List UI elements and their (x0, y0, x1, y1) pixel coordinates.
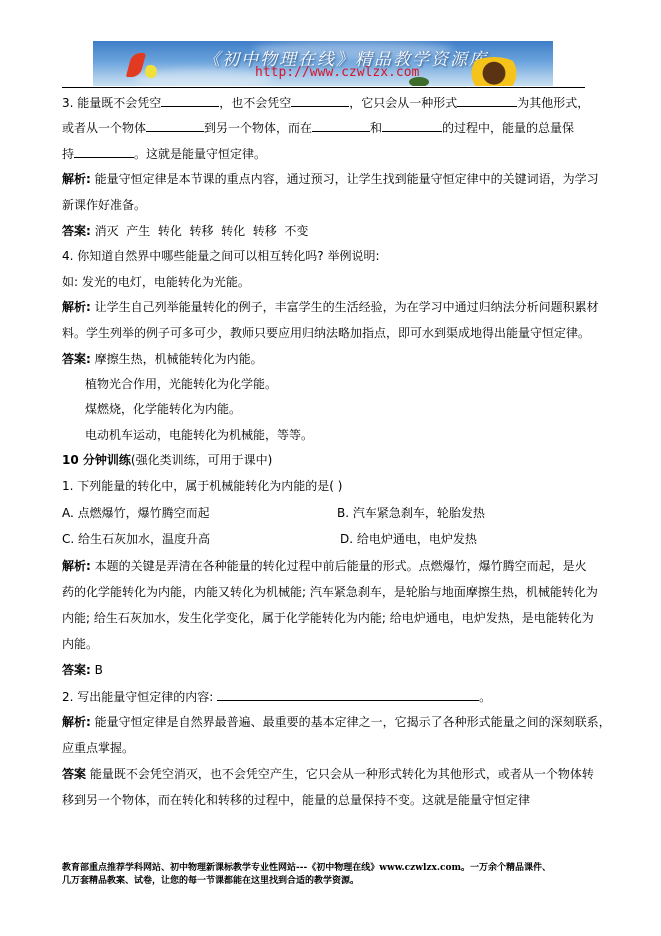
text: ，它只会从一种形式 (349, 96, 457, 110)
fill-blank[interactable] (312, 119, 370, 132)
text: 3. 能量既不会凭空 (62, 96, 161, 110)
q3-line1: 3. 能量既不会凭空，也不会凭空，它只会从一种形式为其他形式， (62, 94, 589, 111)
section-heading: 10 分钟训练(强化类训练，可用于课中) (62, 452, 272, 468)
mc1-analysis-cont: 内能; 给生石灰加水，发生化学变化，属于化学能转化为内能; 给电炉通电，电炉发热… (62, 610, 594, 626)
text: 能量既不会凭空消灭，也不会凭空产生，它只会从一种形式转化为其他形式，或者从一个物… (86, 767, 594, 781)
q3-line3: 持。这就是能量守恒定律。 (62, 145, 266, 162)
mc1-analysis: 解析: 本题的关键是弄清在各种能量的转化过程中前后能量的形式。点燃爆竹，爆竹腾空… (62, 558, 587, 574)
option-a[interactable]: A. 点燃爆竹，爆竹腾空而起 (62, 505, 210, 521)
text: ，也不会凭空 (219, 96, 291, 110)
text: 让学生自己列举能量转化的例子，丰富学生的生活经验，为在学习中通过归纳法分析问题积… (91, 300, 599, 314)
fill-blank[interactable] (217, 688, 479, 701)
q3-line2: 或者从一个物体到另一个物体，而在和的过程中，能量的总量保 (62, 119, 574, 136)
text: 到另一个物体，而在 (204, 121, 312, 135)
header-banner: 《初中物理在线》精品教学资源库 http://www.czwlzx.com (93, 41, 553, 86)
analysis-label: 解析: (62, 559, 91, 573)
q4-example: 如: 发光的电灯，电能转化为光能。 (62, 274, 250, 290)
q4-answer-item: 煤燃烧，化学能转化为内能。 (62, 401, 241, 417)
q2-question: 2. 写出能量守恒定律的内容: 。 (62, 688, 491, 705)
q2-analysis: 解析: 能量守恒定律是自然界最普遍、最重要的基本定律之一，它揭示了各种形式能量之… (62, 714, 611, 730)
text: 能量守恒定律是本节课的重点内容，通过预习，让学生找到能量守恒定律中的关键词语，为… (91, 172, 599, 186)
fill-blank[interactable] (457, 94, 517, 107)
text: 或者从一个物体 (62, 121, 146, 135)
text: 为其他形式， (517, 96, 589, 110)
q4-answer: 答案: 摩擦生热，机械能转化为内能。 (62, 351, 263, 367)
header-divider (62, 87, 585, 88)
mc1-analysis-cont: 内能。 (62, 636, 98, 652)
q3-analysis: 解析: 能量守恒定律是本节课的重点内容，通过预习，让学生找到能量守恒定律中的关键… (62, 171, 599, 187)
text: 2. 写出能量守恒定律的内容: (62, 690, 217, 704)
q4-answer-item: 植物光合作用，光能转化为化学能。 (62, 376, 277, 392)
footer-line: 几万套精品教案、试卷，让您的每一节课都能在这里找到合适的教学资源。 (62, 875, 551, 888)
text: 持 (62, 147, 74, 161)
q2-analysis-cont: 应重点掌握。 (62, 740, 134, 756)
answer-label: 答案: (62, 663, 91, 677)
banner-url: http://www.czwlzx.com (255, 65, 419, 80)
fill-blank[interactable] (291, 94, 349, 107)
q4-answer-item: 电动机车运动，电能转化为机械能，等等。 (62, 427, 313, 443)
text: 。这就是能量守恒定律。 (134, 147, 266, 161)
fill-blank[interactable] (74, 145, 134, 158)
fill-blank[interactable] (161, 94, 219, 107)
section-subtitle: (强化类训练，可用于课中) (131, 453, 272, 467)
text: 消灭 产生 转化 转移 转化 转移 不变 (91, 224, 309, 238)
q4-analysis-cont: 料。学生列举的例子可多可少，教师只要应用归纳法略加指点，即可水到渠成地得出能量守… (62, 325, 590, 341)
q2-answer: 答案 能量既不会凭空消灭，也不会凭空产生，它只会从一种形式转化为其他形式，或者从… (62, 766, 594, 782)
section-title: 10 分钟训练 (62, 453, 131, 467)
footer-line: 教育部重点推荐学科网站、初中物理新课标教学专业性网站---《初中物理在线》www… (62, 862, 551, 875)
text: 摩擦生热，机械能转化为内能。 (91, 352, 263, 366)
q3-answer: 答案: 消灭 产生 转化 转移 转化 转移 不变 (62, 223, 308, 239)
sunflower-icon (463, 57, 525, 86)
text: B (91, 663, 103, 677)
q4-analysis: 解析: 让学生自己列举能量转化的例子，丰富学生的生活经验，为在学习中通过归纳法分… (62, 299, 599, 315)
text: 。 (479, 690, 491, 704)
option-b[interactable]: B. 汽车紧急刹车，轮胎发热 (337, 505, 485, 521)
answer-label: 答案: (62, 224, 91, 238)
leaf-decoration-icon (409, 77, 429, 86)
answer-label: 答案 (62, 767, 86, 781)
mc1-question: 1. 下列能量的转化中，属于机械能转化为内能的是( ) (62, 478, 342, 494)
text: 本题的关键是弄清在各种能量的转化过程中前后能量的形式。点燃爆竹，爆竹腾空而起，是… (91, 559, 587, 573)
mc1-answer: 答案: B (62, 662, 103, 678)
option-d[interactable]: D. 给电炉通电，电炉发热 (340, 531, 477, 547)
analysis-label: 解析: (62, 715, 91, 729)
analysis-label: 解析: (62, 300, 91, 314)
text: 的过程中，能量的总量保 (442, 121, 574, 135)
page-footer: 教育部重点推荐学科网站、初中物理新课标教学专业性网站---《初中物理在线》www… (62, 862, 551, 888)
text: 和 (370, 121, 382, 135)
answer-label: 答案: (62, 352, 91, 366)
mc1-analysis-cont: 药的化学能转化为内能，内能又转化为机械能; 汽车紧急刹车，是轮胎与地面摩擦生热，… (62, 584, 598, 600)
q2-answer-cont: 移到另一个物体，而在转化和转移的过程中，能量的总量保持不变。这就是能量守恒定律 (62, 792, 530, 808)
option-c[interactable]: C. 给生石灰加水，温度升高 (62, 531, 210, 547)
text: 能量守恒定律是自然界最普遍、最重要的基本定律之一，它揭示了各种形式能量之间的深刻… (91, 715, 611, 729)
q3-analysis-cont: 新课作好准备。 (62, 197, 146, 213)
q4-question: 4. 你知道自然界中哪些能量之间可以相互转化吗? 举例说明: (62, 248, 380, 264)
fill-blank[interactable] (146, 119, 204, 132)
fill-blank[interactable] (382, 119, 442, 132)
analysis-label: 解析: (62, 172, 91, 186)
